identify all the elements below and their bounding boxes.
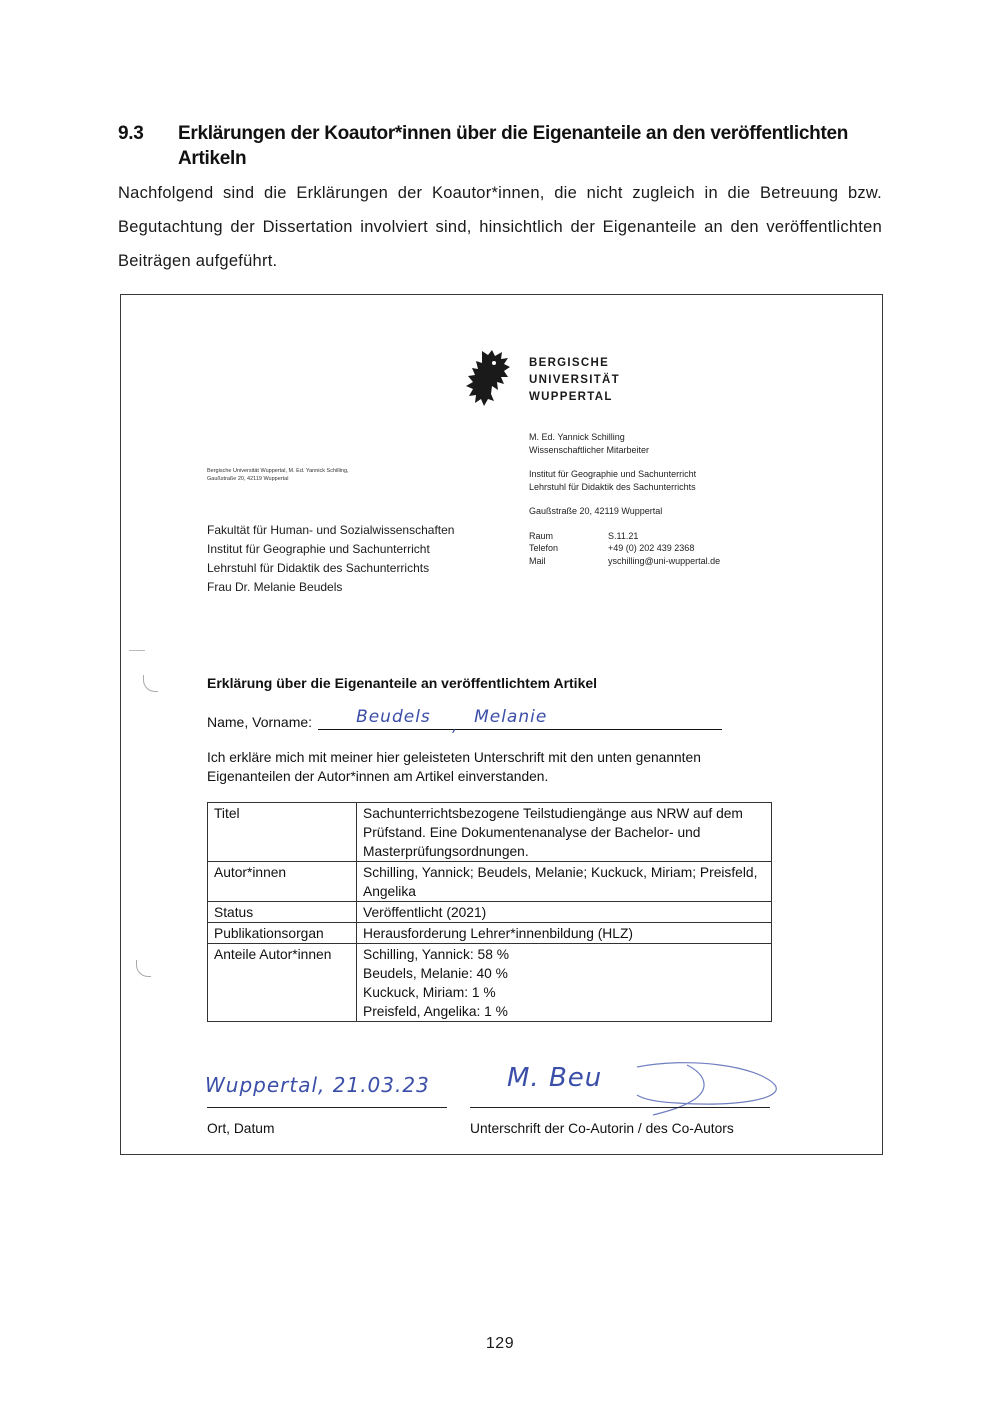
table-row: TitelSachunterrichtsbezogene Teilstudien… <box>208 803 772 862</box>
name-line: Beudels , Melanie <box>318 711 722 730</box>
sender-block: M. Ed. Yannick Schilling Wissenschaftlic… <box>529 431 720 567</box>
handwritten-first-name: Melanie <box>474 707 547 727</box>
intro-paragraph: Nachfolgend sind die Erklärungen der Koa… <box>118 176 882 278</box>
page-number: 129 <box>0 1335 1000 1353</box>
scanned-declaration: BERGISCHE UNIVERSITÄT WUPPERTAL M. Ed. Y… <box>120 294 883 1155</box>
place-date-label: Ort, Datum <box>207 1121 274 1136</box>
sender-role: Wissenschaftlicher Mitarbeiter <box>529 444 720 457</box>
university-name: BERGISCHE UNIVERSITÄT WUPPERTAL <box>529 355 620 406</box>
form-title: Erklärung über die Eigenanteile an veröf… <box>207 675 597 691</box>
table-key: Publikationsorgan <box>208 923 357 944</box>
sender-institute: Institut für Geographie und Sachunterric… <box>529 468 720 481</box>
punch-hole-mark <box>143 675 158 692</box>
signature-label: Unterschrift der Co-Autorin / des Co-Aut… <box>470 1121 734 1136</box>
table-key: Status <box>208 902 357 923</box>
handwritten-last-name: Beudels <box>356 707 431 727</box>
recipient-address: Fakultät für Human- und Sozialwissenscha… <box>207 521 454 597</box>
handwritten-signature: M. Beu <box>507 1063 602 1093</box>
return-address: Bergische Universität Wuppertal, M. Ed. … <box>207 468 349 483</box>
table-row: StatusVeröffentlicht (2021) <box>208 902 772 923</box>
sender-address: Gaußstraße 20, 42119 Wuppertal <box>529 505 720 518</box>
table-row: Autor*innenSchilling, Yannick; Beudels, … <box>208 862 772 902</box>
place-date-line <box>207 1107 447 1108</box>
table-key: Titel <box>208 803 357 862</box>
heraldic-lion-icon <box>464 349 514 407</box>
name-label: Name, Vorname: <box>207 714 312 730</box>
sender-name: M. Ed. Yannick Schilling <box>529 431 720 444</box>
table-value: Schilling, Yannick: 58 %Beudels, Melanie… <box>357 944 772 1022</box>
table-row: PublikationsorganHerausforderung Lehrer*… <box>208 923 772 944</box>
consent-text: Ich erkläre mich mit meiner hier geleist… <box>207 748 767 786</box>
table-key: Autor*innen <box>208 862 357 902</box>
table-value: Sachunterrichtsbezogene Teilstudiengänge… <box>357 803 772 862</box>
signature-line <box>470 1107 770 1108</box>
contact-room: Raum S.11.21 <box>529 530 720 543</box>
author-shares-table: TitelSachunterrichtsbezogene Teilstudien… <box>207 802 772 1022</box>
table-key: Anteile Autor*innen <box>208 944 357 1022</box>
table-value: Herausforderung Lehrer*innenbildung (HLZ… <box>357 923 772 944</box>
contact-mail: Mail yschilling@uni-wuppertal.de <box>529 555 720 568</box>
contact-phone: Telefon +49 (0) 202 439 2368 <box>529 542 720 555</box>
handwritten-place-date: Wuppertal, 21.03.23 <box>205 1073 430 1097</box>
punch-mark <box>129 650 145 651</box>
signature-area: Wuppertal, 21.03.23 Ort, Datum M. Beu Un… <box>207 1055 777 1145</box>
section-title: Erklärungen der Koautor*innen über die E… <box>178 121 888 171</box>
table-value: Schilling, Yannick; Beudels, Melanie; Ku… <box>357 862 772 902</box>
table-row: Anteile Autor*innenSchilling, Yannick: 5… <box>208 944 772 1022</box>
section-heading: 9.3 Erklärungen der Koautor*innen über d… <box>118 121 888 171</box>
sender-chair: Lehrstuhl für Didaktik des Sachunterrich… <box>529 481 720 494</box>
punch-hole-mark <box>136 960 151 977</box>
section-number: 9.3 <box>118 121 144 146</box>
name-field: Name, Vorname: Beudels , Melanie <box>207 711 722 730</box>
table-value: Veröffentlicht (2021) <box>357 902 772 923</box>
